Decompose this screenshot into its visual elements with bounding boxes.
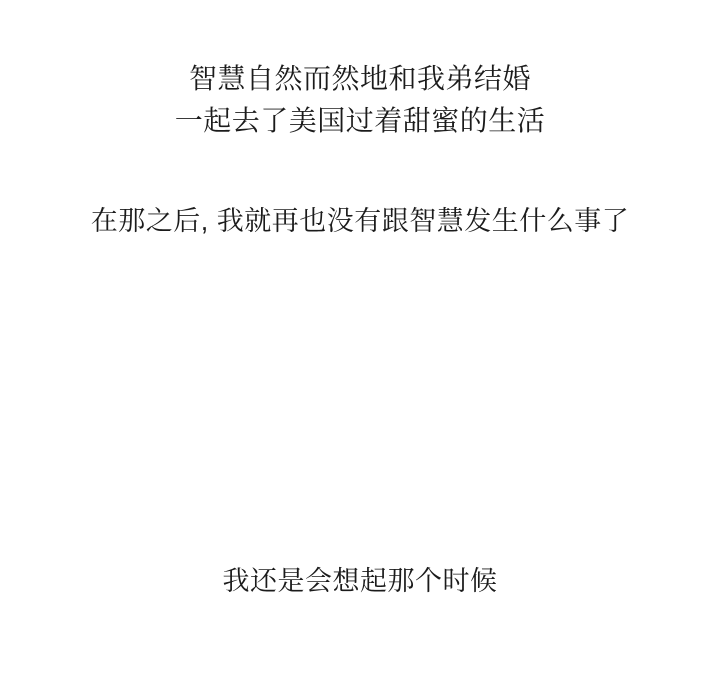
narration-line: 智慧自然而然地和我弟结婚 bbox=[0, 58, 720, 100]
narration-caption-top: 智慧自然而然地和我弟结婚 一起去了美国过着甜蜜的生活 bbox=[0, 58, 720, 142]
narration-line: 在那之后, 我就再也没有跟智慧发生什么事了 bbox=[0, 201, 720, 241]
narration-line: 我还是会想起那个时候 bbox=[0, 561, 720, 601]
narration-line: 一起去了美国过着甜蜜的生活 bbox=[0, 100, 720, 142]
narration-caption-bottom: 我还是会想起那个时候 bbox=[0, 561, 720, 601]
narration-caption-middle: 在那之后, 我就再也没有跟智慧发生什么事了 bbox=[0, 201, 720, 241]
comic-page: 智慧自然而然地和我弟结婚 一起去了美国过着甜蜜的生活 在那之后, 我就再也没有跟… bbox=[0, 0, 720, 700]
